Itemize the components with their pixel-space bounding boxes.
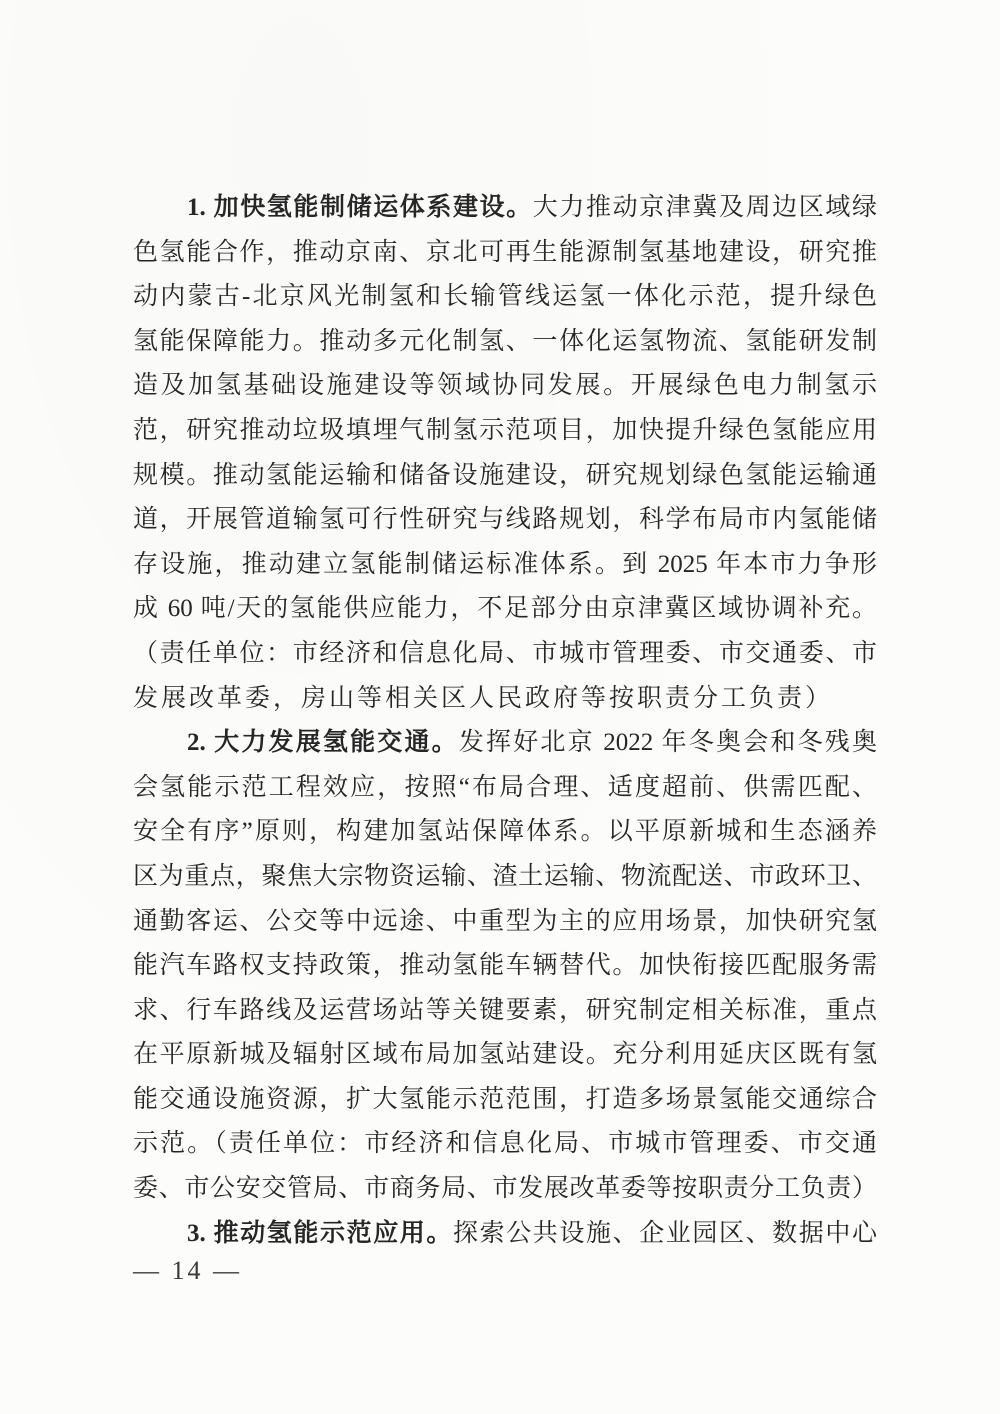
paragraph-heading-segment: 1. 加快氢能制储运体系建设。 (187, 194, 533, 221)
text-line: 会氢能示范工程效应，按照“布局合理、适度超前、供需匹配、 (133, 766, 877, 811)
paragraph-text-segment: 成 60 吨/天的氢能供应能力，不足部分由京津冀区域协调补充。 (133, 595, 877, 622)
document-page: 1. 加快氢能制储运体系建设。大力推动京津冀及周边区域绿色氢能合作，推动京南、京… (0, 0, 1000, 1414)
text-line: 通勤客运、公交等中远途、中重型为主的应用场景，加快研究氢 (133, 900, 877, 945)
text-line: 范，研究推动垃圾填埋气制氢示范项目，加快提升绿色氢能应用 (133, 409, 877, 454)
text-line: 能交通设施资源，扩大氢能示范范围，打造多场景氢能交通综合 (133, 1078, 877, 1123)
text-line: 区为重点，聚焦大宗物资运输、渣土运输、物流配送、市政环卫、 (133, 855, 877, 900)
paragraph-text-segment: 发挥好北京 2022 年冬奥会和冬残奥 (459, 729, 877, 756)
paragraph-text-segment: 通勤客运、公交等中远途、中重型为主的应用场景，加快研究氢 (133, 908, 877, 935)
paragraph-text-segment: 道，开展管道输氢可行性研究与线路规划，科学布局市内氢能储 (133, 506, 877, 533)
paragraph-text-segment: 大力推动京津冀及周边区域绿 (533, 194, 877, 221)
paragraph-text-segment: 委、市公安交管局、市商务局、市发展改革委等按职责分工负责） (133, 1175, 877, 1202)
paragraph-text-segment: 能汽车路权支持政策，推动氢能车辆替代。加快衔接匹配服务需 (133, 952, 877, 979)
text-line: 求、行车路线及运营场站等关键要素，研究制定相关标准，重点 (133, 989, 877, 1034)
text-line: 1. 加快氢能制储运体系建设。大力推动京津冀及周边区域绿 (133, 186, 877, 231)
paragraph-heading-segment: 2. 大力发展氢能交通。 (187, 729, 459, 756)
text-line: 安全有序”原则，构建加氢站保障体系。以平原新城和生态涵养 (133, 810, 877, 855)
text-line: 存设施，推动建立氢能制储运标准体系。到 2025 年本市力争形 (133, 543, 877, 588)
page-footer: — 14 — (133, 1256, 242, 1286)
text-line: 示范。（责任单位：市经济和信息化局、市城市管理委、市交通 (133, 1122, 877, 1167)
text-line: 成 60 吨/天的氢能供应能力，不足部分由京津冀区域协调补充。 (133, 587, 877, 632)
paragraph-text-segment: 区为重点，聚焦大宗物资运输、渣土运输、物流配送、市政环卫、 (133, 863, 877, 890)
text-line: 氢能保障能力。推动多元化制氢、一体化运氢物流、氢能研发制 (133, 320, 877, 365)
paragraph-text-segment: 规模。推动氢能运输和储备设施建设，研究规划绿色氢能运输通 (133, 462, 877, 489)
paragraph-text-segment: 动内蒙古-北京风光制氢和长输管线运氢一体化示范，提升绿色 (133, 283, 877, 310)
paragraph-text-segment: 存设施，推动建立氢能制储运标准体系。到 2025 年本市力争形 (133, 551, 877, 578)
text-line: 道，开展管道输氢可行性研究与线路规划，科学布局市内氢能储 (133, 498, 877, 543)
paragraph-text-segment: 造及加氢基础设施建设等领域协同发展。开展绿色电力制氢示 (133, 372, 877, 399)
text-line: 造及加氢基础设施建设等领域协同发展。开展绿色电力制氢示 (133, 364, 877, 409)
paragraph-text-segment: 发展改革委，房山等相关区人民政府等按职责分工负责） (133, 685, 833, 712)
paragraph-text-segment: 会氢能示范工程效应，按照“布局合理、适度超前、供需匹配、 (133, 774, 877, 801)
text-line: 发展改革委，房山等相关区人民政府等按职责分工负责） (133, 677, 877, 722)
paragraph-text-segment: 色氢能合作，推动京南、京北可再生能源制氢基地建设，研究推 (133, 239, 877, 266)
page-number: — 14 — (133, 1256, 242, 1285)
paragraph-text-segment: 在平原新城及辐射区域布局加氢站建设。充分利用延庆区既有氢 (133, 1041, 877, 1068)
paragraph-text-segment: 范，研究推动垃圾填埋气制氢示范项目，加快提升绿色氢能应用 (133, 417, 877, 444)
text-line: 能汽车路权支持政策，推动氢能车辆替代。加快衔接匹配服务需 (133, 944, 877, 989)
paragraph-heading-segment: 3. 推动氢能示范应用。 (187, 1220, 453, 1247)
paragraph-text-segment: 求、行车路线及运营场站等关键要素，研究制定相关标准，重点 (133, 997, 877, 1024)
text-line: （责任单位：市经济和信息化局、市城市管理委、市交通委、市 (133, 632, 877, 677)
paragraph-text-segment: 安全有序”原则，构建加氢站保障体系。以平原新城和生态涵养 (133, 818, 877, 845)
paragraph-text-segment: （责任单位：市经济和信息化局、市城市管理委、市交通委、市 (133, 640, 877, 667)
document-body: 1. 加快氢能制储运体系建设。大力推动京津冀及周边区域绿色氢能合作，推动京南、京… (133, 186, 877, 1256)
text-line: 动内蒙古-北京风光制氢和长输管线运氢一体化示范，提升绿色 (133, 275, 877, 320)
paragraph-text-segment: 氢能保障能力。推动多元化制氢、一体化运氢物流、氢能研发制 (133, 328, 877, 355)
text-line: 3. 推动氢能示范应用。探索公共设施、企业园区、数据中心 (133, 1212, 877, 1257)
text-line: 规模。推动氢能运输和储备设施建设，研究规划绿色氢能运输通 (133, 454, 877, 499)
text-line: 委、市公安交管局、市商务局、市发展改革委等按职责分工负责） (133, 1167, 877, 1212)
text-line: 2. 大力发展氢能交通。发挥好北京 2022 年冬奥会和冬残奥 (133, 721, 877, 766)
paragraph-text-segment: 示范。（责任单位：市经济和信息化局、市城市管理委、市交通 (133, 1130, 877, 1157)
paragraph-text-segment: 能交通设施资源，扩大氢能示范范围，打造多场景氢能交通综合 (133, 1086, 877, 1113)
paragraph-text-segment: 探索公共设施、企业园区、数据中心 (453, 1220, 877, 1247)
text-line: 在平原新城及辐射区域布局加氢站建设。充分利用延庆区既有氢 (133, 1033, 877, 1078)
page-background: { "footer": { "page_number": "— 14 —" },… (0, 0, 1000, 1414)
text-line: 色氢能合作，推动京南、京北可再生能源制氢基地建设，研究推 (133, 231, 877, 276)
